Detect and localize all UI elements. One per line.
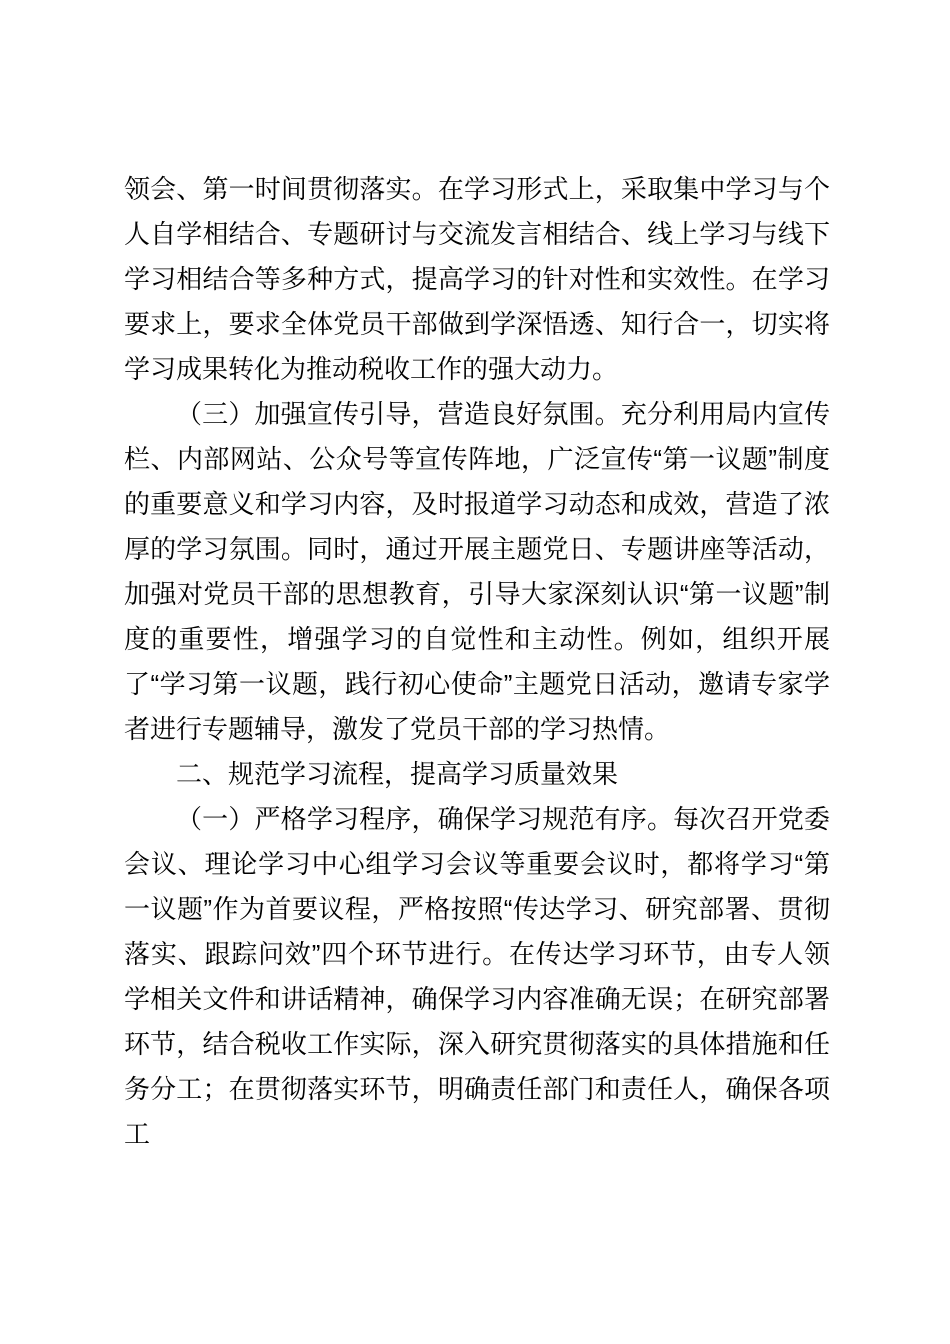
body-paragraph-section-three: （三）加强宣传引导，营造良好氛围。充分利用局内宣传栏、内部网站、公众号等宣传阵地… — [124, 392, 830, 752]
document-page: 领会、第一时间贯彻落实。在学习形式上，采取集中学习与个人自学相结合、专题研讨与交… — [0, 0, 950, 1344]
document-content: 领会、第一时间贯彻落实。在学习形式上，采取集中学习与个人自学相结合、专题研讨与交… — [124, 167, 830, 1157]
section-heading: 二、规范学习流程，提高学习质量效果 — [124, 752, 830, 797]
body-paragraph-continuation: 领会、第一时间贯彻落实。在学习形式上，采取集中学习与个人自学相结合、专题研讨与交… — [124, 167, 830, 392]
body-paragraph-section-one: （一）严格学习程序，确保学习规范有序。每次召开党委会议、理论学习中心组学习会议等… — [124, 797, 830, 1157]
